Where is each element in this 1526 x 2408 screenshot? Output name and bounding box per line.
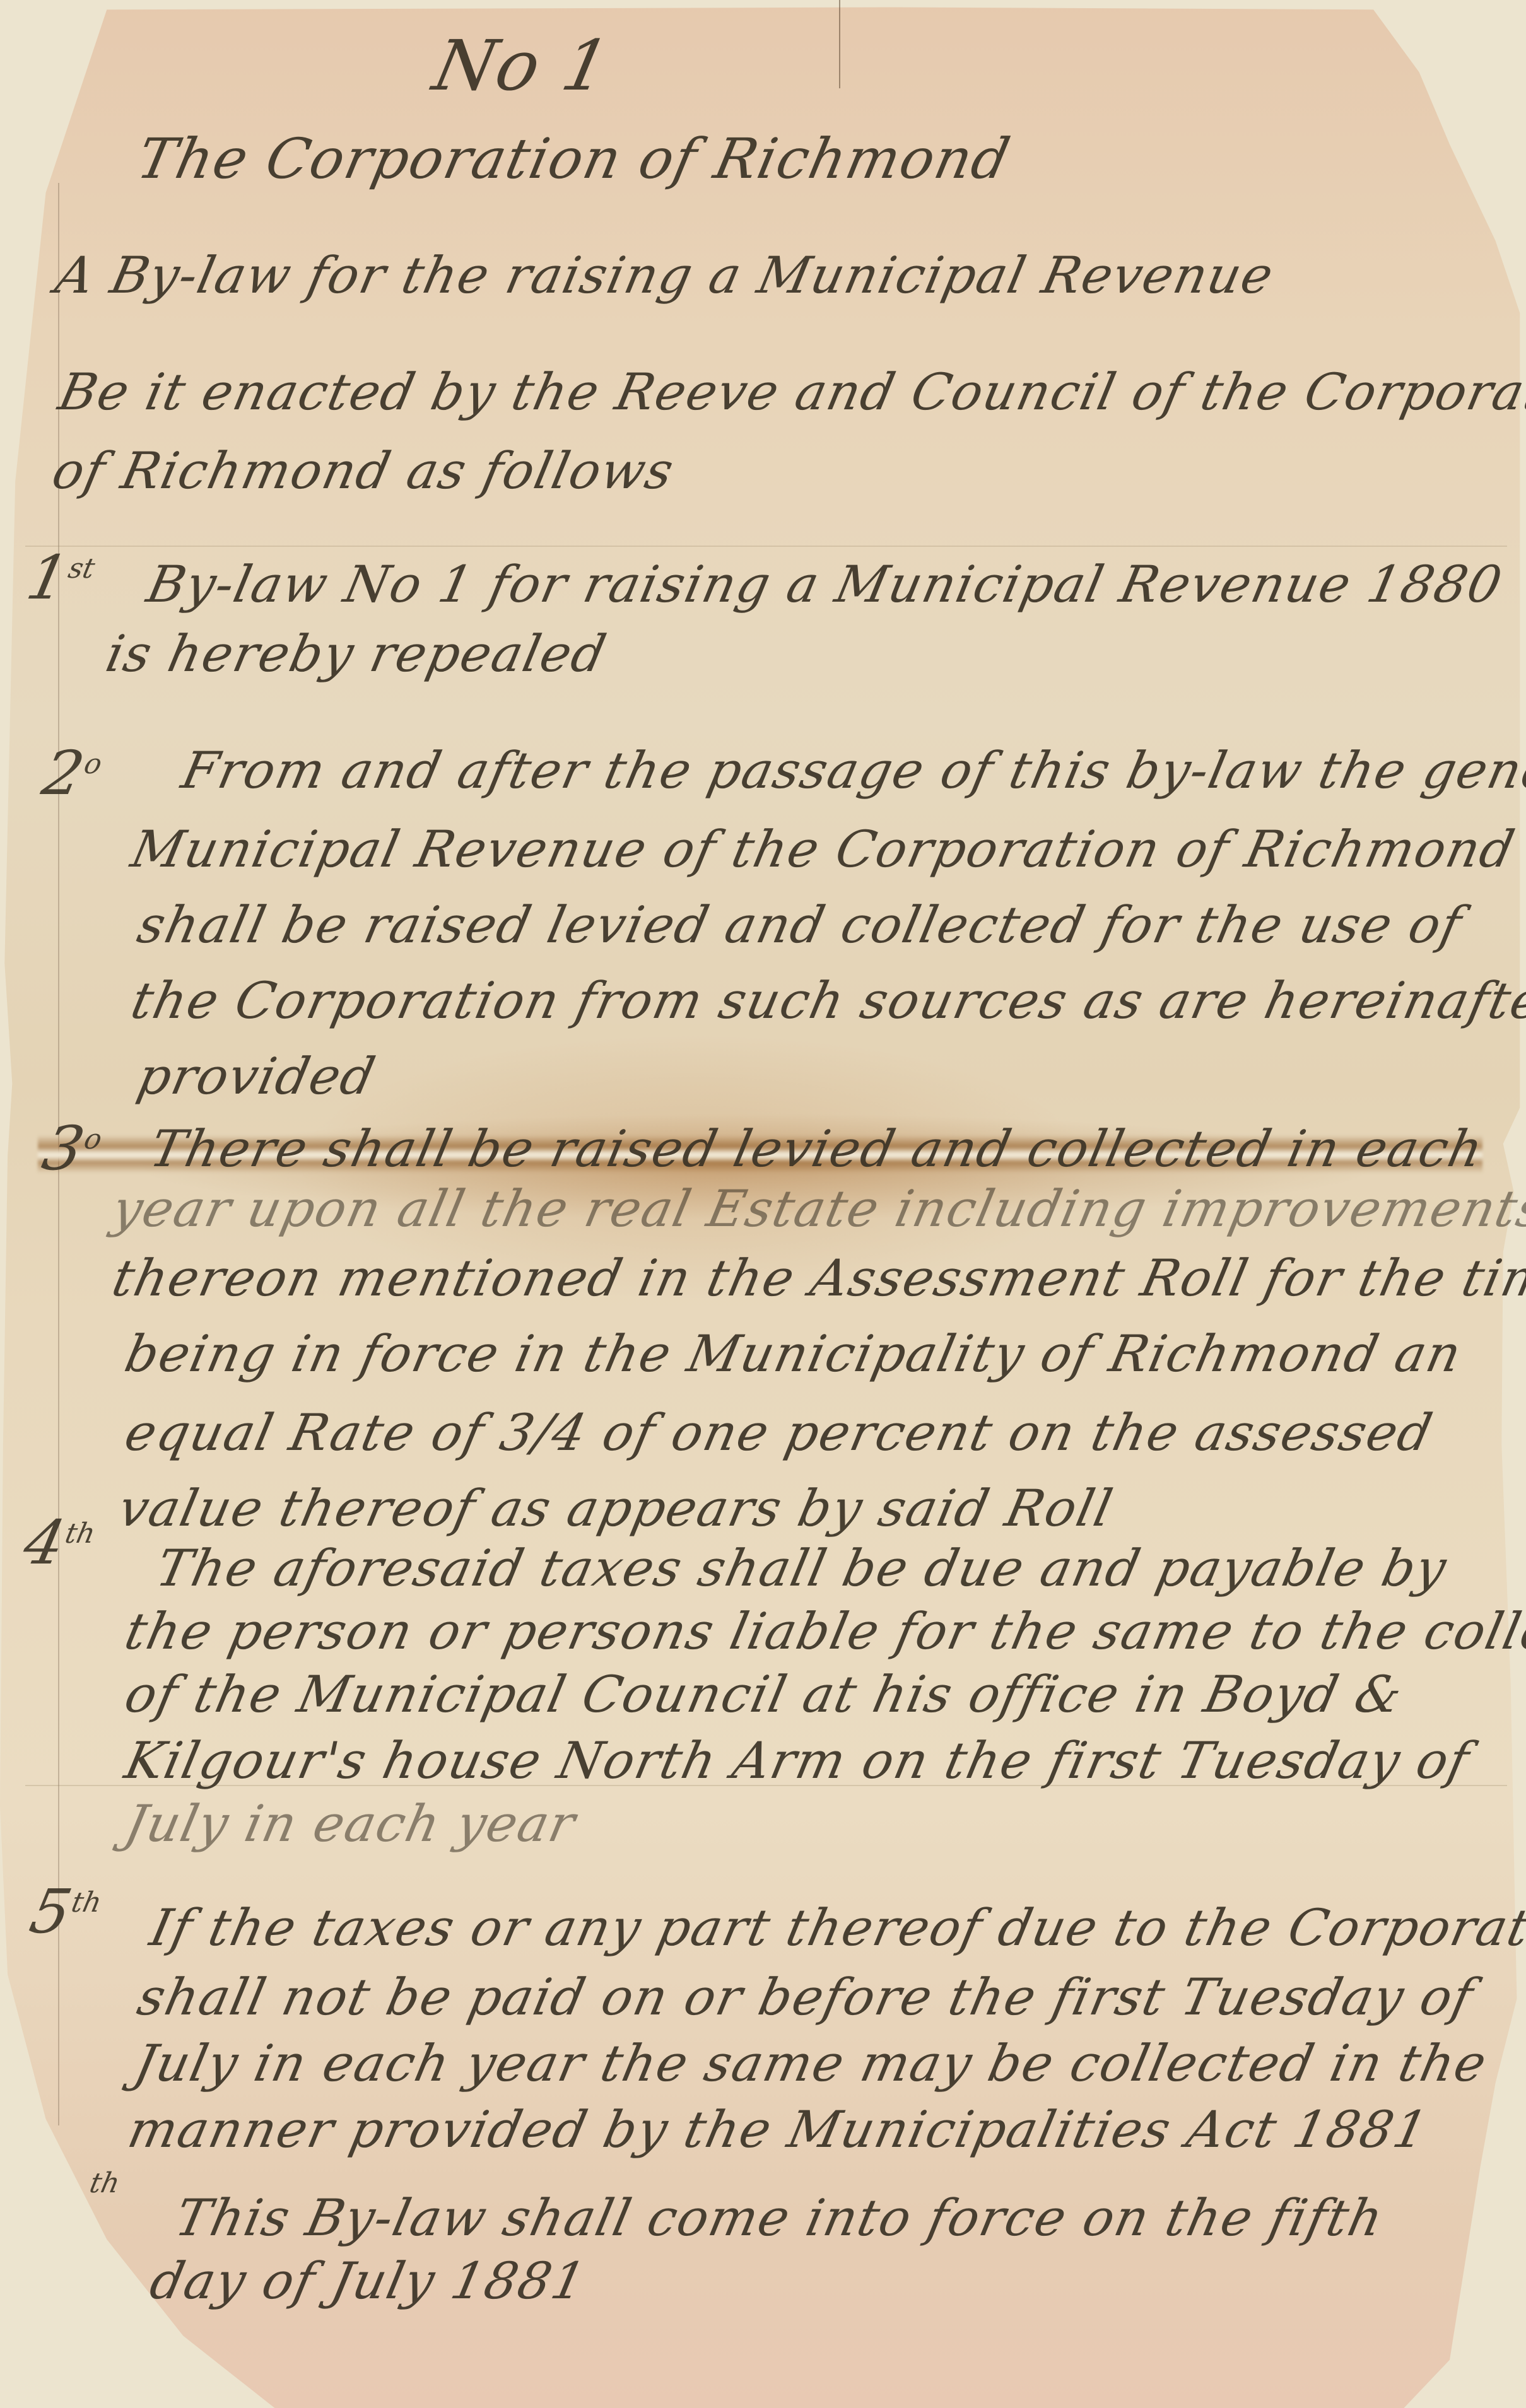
section-line: the Corporation from such sources as are… xyxy=(126,971,1526,1030)
section-line: This By-law shall come into force on the… xyxy=(170,2189,1389,2247)
section-line: July in each year xyxy=(120,1794,581,1853)
section-line: shall be raised levied and collected for… xyxy=(132,896,1467,954)
enacting-clause-line: Be it enacted by the Reeve and Council o… xyxy=(54,363,1526,421)
bylaw-number: No 1 xyxy=(426,25,618,106)
section-line: equal Rate of 3/4 of one percent on the … xyxy=(120,1403,1438,1462)
section-marker: 4th xyxy=(18,1507,100,1578)
section-marker: 5th xyxy=(24,1876,107,1947)
section-line: provided xyxy=(132,1047,381,1106)
section-line: By-law No 1 for raising a Municipal Reve… xyxy=(142,555,1508,614)
section-line: is hereby repealed xyxy=(101,624,612,683)
section-line: From and after the passage of this by-la… xyxy=(177,741,1526,800)
section-line: value thereof as appears by said Roll xyxy=(114,1479,1118,1538)
section-line: Kilgour's house North Arm on the first T… xyxy=(120,1731,1475,1790)
section-line: Municipal Revenue of the Corporation of … xyxy=(126,820,1520,879)
section-marker: th xyxy=(81,2157,125,2228)
handwritten-text: No 1 The Corporation of Richmond A By-la… xyxy=(0,0,1526,2408)
section-line: shall not be paid on or before the first… xyxy=(132,1968,1479,2026)
section-line: being in force in the Municipality of Ri… xyxy=(120,1324,1467,1383)
enacting-clause-line: of Richmond as follows xyxy=(47,441,679,500)
section-line: The aforesaid taxes shall be due and pay… xyxy=(151,1539,1452,1598)
section-line: thereon mentioned in the Assessment Roll… xyxy=(107,1249,1526,1307)
section-marker: 2o xyxy=(37,738,107,809)
document-scan: No 1 The Corporation of Richmond A By-la… xyxy=(0,0,1526,2408)
section-line: manner provided by the Municipalities Ac… xyxy=(123,2100,1434,2159)
section-marker: 1st xyxy=(21,542,100,613)
section-line-burned: year upon all the real Estate including … xyxy=(107,1179,1526,1238)
section-line: of the Municipal Council at his office i… xyxy=(120,1665,1408,1724)
page-title: The Corporation of Richmond xyxy=(132,126,1016,191)
section-line: day of July 1881 xyxy=(145,2252,592,2310)
section-line: There shall be raised levied and collect… xyxy=(145,1119,1489,1178)
section-line: the person or persons liable for the sam… xyxy=(120,1602,1526,1661)
section-line: July in each year the same may be collec… xyxy=(129,2034,1493,2093)
section-marker: 3o xyxy=(37,1113,107,1184)
bylaw-subtitle: A By-law for the raising a Municipal Rev… xyxy=(50,246,1279,305)
section-line: If the taxes or any part thereof due to … xyxy=(145,1898,1526,1957)
